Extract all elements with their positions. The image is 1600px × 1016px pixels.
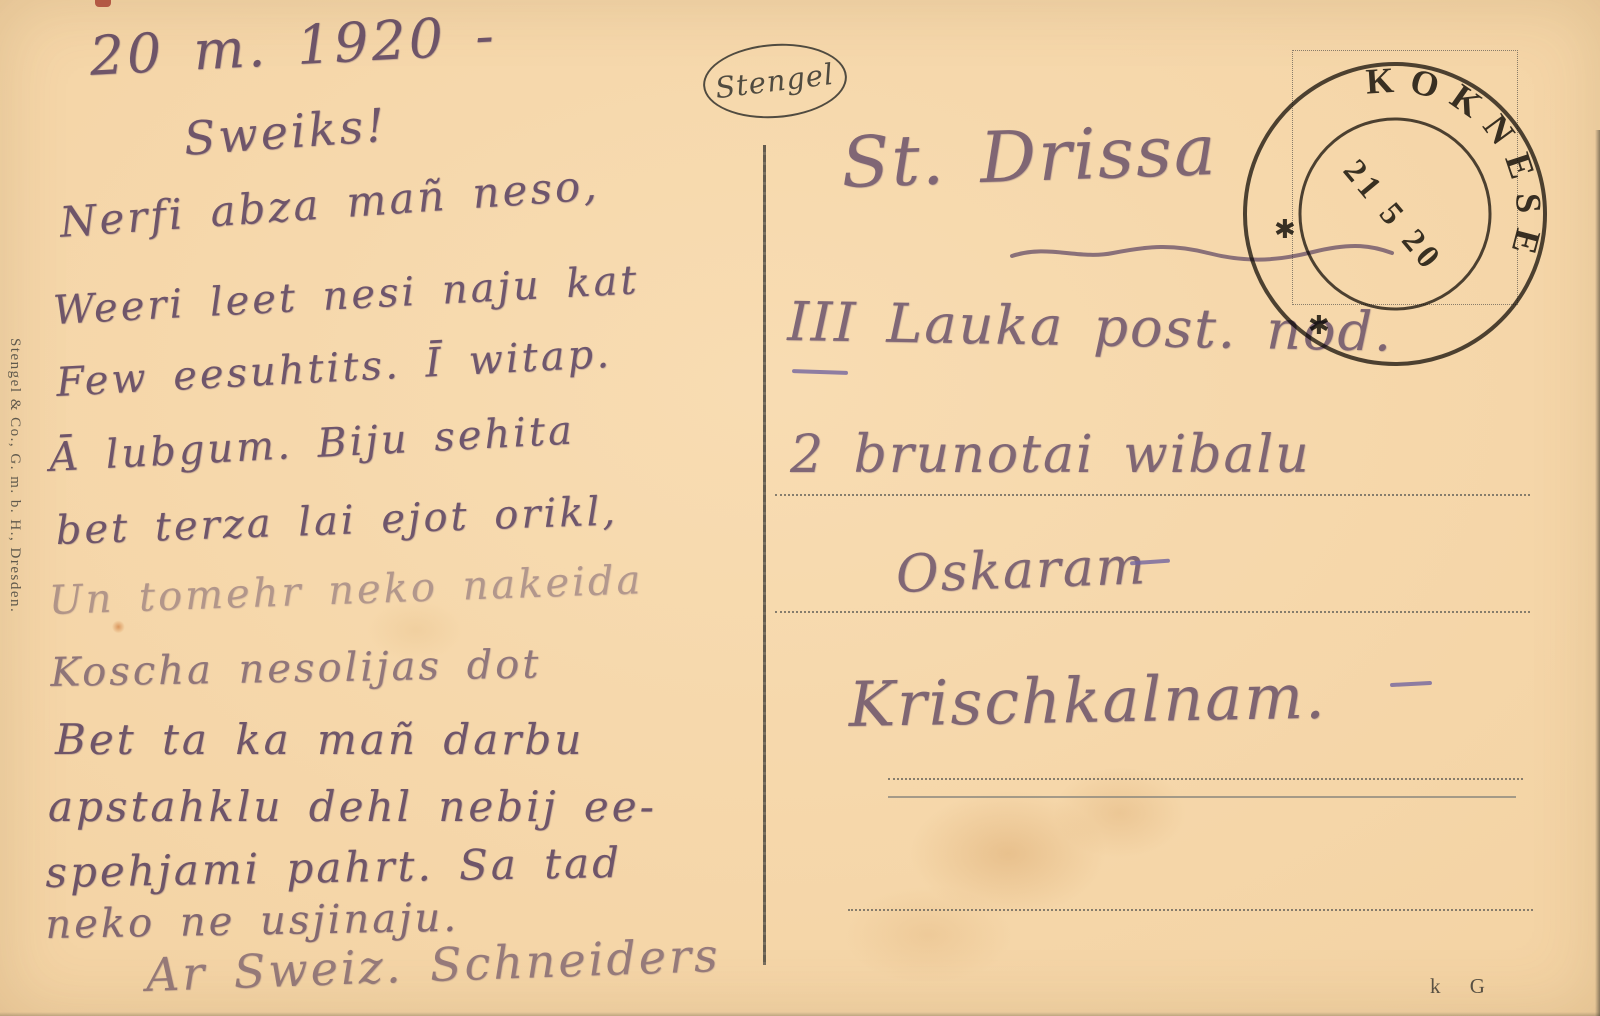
message-line: Un tomehr neko nakeida: [48, 557, 644, 624]
address-unit: 2 brunotai wibalu: [790, 425, 1311, 485]
message-line: Weeri leet nesi naju kat: [52, 257, 640, 334]
message-greeting: Sweiks!: [182, 98, 389, 166]
address-divider-line: [763, 145, 766, 965]
address-field-post: III Lauka post. nod.: [787, 290, 1394, 364]
scan-edge-bottom: [0, 1012, 1600, 1016]
address-rule-1: [775, 494, 1530, 496]
publisher-spine-text: Stengel & Co., G. m. b. H., Dresden.: [6, 338, 23, 738]
macron-stroke: [1390, 681, 1432, 687]
address-recipient-first: Oskaram: [895, 536, 1148, 605]
message-line: Ā lubgum. Biju sehita: [48, 407, 576, 480]
message-line: Few eesuhtits. Ī witap.: [55, 331, 613, 406]
message-line: bet terza lai ejot orikl,: [55, 488, 619, 554]
message-line: Koscha nesolijas dot: [50, 641, 542, 696]
stengel-logo-text: Stengel: [714, 57, 837, 105]
paper-edge-mark: [95, 0, 111, 7]
address-rule-3: [888, 778, 1523, 780]
message-line: spehjami pahrt. Sa tad: [45, 838, 622, 897]
underline-stroke: [792, 369, 848, 375]
address-rule-2: [775, 611, 1530, 613]
address-recipient-last: Krischkalnam.: [848, 660, 1327, 741]
stengel-logo-stamp: Stengel: [701, 39, 850, 123]
message-line: Bet ta ka mañ darbu: [55, 715, 584, 764]
message-line: Nerfi abza mañ neso,: [58, 160, 601, 247]
postcard-back: Stengel & Co., G. m. b. H., Dresden. Ste…: [0, 0, 1600, 1016]
scan-edge-right: [1595, 130, 1600, 1016]
address-rule-3-solid: [888, 796, 1516, 798]
address-underline-wavy: [1008, 240, 1398, 270]
message-line: apstahklu dehl nebij ee-: [48, 782, 657, 831]
message-date-line: 20 m. 1920 -: [88, 4, 498, 88]
address-destination: St. Drissa: [840, 109, 1219, 204]
print-code: k G: [1430, 974, 1497, 999]
address-rule-4: [848, 909, 1533, 911]
